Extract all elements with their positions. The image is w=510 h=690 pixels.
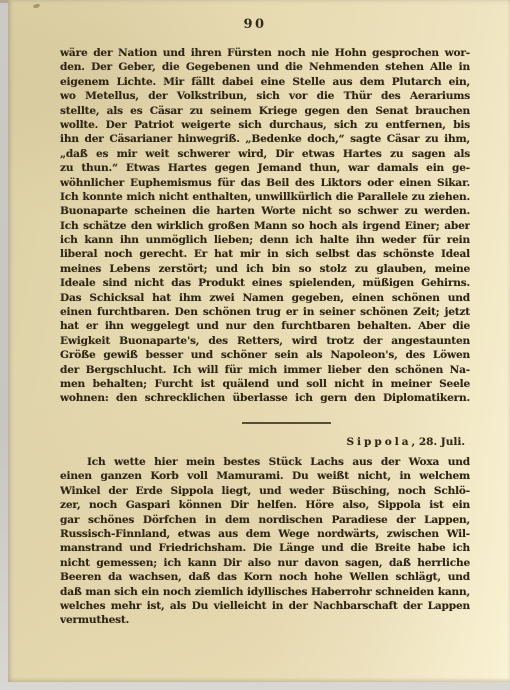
paragraph-2: Ich wette hier mein bestes Stück Lachs a… (60, 455, 470, 628)
dateline-place: Sippola (346, 436, 411, 448)
text-line: Größe gewiß besser und schöner sein als … (60, 348, 470, 362)
text-line: Ideale sind nicht das Produkt eines spie… (60, 276, 470, 290)
text-line: zer, noch Gaspari können Dir helfen. Hör… (60, 498, 470, 512)
text-line: „daß es mir weit schwerer wird, Dir etwa… (60, 147, 470, 161)
paragraph-1: wäre der Nation und ihren Fürsten noch n… (60, 46, 470, 406)
text-line: der Bergschlucht. Ich will für mich imme… (60, 363, 470, 377)
dateline-date: , 28. Juli. (412, 436, 465, 448)
page-number: 90 (0, 17, 510, 32)
text-line: Winkel der Erde Sippola liegt, und weder… (60, 484, 470, 498)
text-line: ich kann ihn unmöglich lieben; denn ich … (60, 233, 470, 247)
text-line: gar schönes Dörfchen in dem nordischen P… (60, 513, 470, 527)
text-line: vermuthest. (60, 613, 470, 627)
text-line: Ewigkeit Buonaparte's, des Retters, wird… (60, 334, 470, 348)
text-line: manstrand und Friedrichsham. Die Länge u… (60, 541, 470, 555)
text-line: men behalten; Furcht ist quälend und sol… (60, 377, 470, 391)
text-line: welches mehr ist, als Du vielleicht in d… (60, 599, 470, 613)
text-line: wollte. Der Patriot weigerte sich durcha… (60, 118, 470, 132)
text-line: wöhnlicher Euphemismus für das Beil des … (60, 176, 470, 190)
text-line: den. Der Geber, die Gegebenen und die Ne… (60, 60, 470, 74)
text-line: wohnen: den schrecklichen überlasse ich … (60, 391, 470, 405)
text-line: daß man sich ein noch ziemlich idyllisch… (60, 585, 470, 599)
text-line: nicht gemessen; ich kann Dir also nur da… (60, 556, 470, 570)
section-divider-rule (242, 422, 331, 424)
text-line: liberal noch gerecht. Er hat mir in sich… (60, 247, 470, 261)
text-line: einen ganzen Korb voll Mamurami. Du weiß… (60, 469, 470, 483)
text-line: Russisch-Finnland, etwas aus dem Wege no… (60, 527, 470, 541)
text-line: Ich schätze den wirklich großen Mann so … (60, 219, 470, 233)
text-line: einen furchtbaren. Den schönen trug er i… (60, 305, 470, 319)
text-line: ihn der Cäsarianer hinwegriß. „Bedenke d… (60, 132, 470, 146)
text-line: Das Schicksal hat ihm zwei Namen gegeben… (60, 291, 470, 305)
text-line: meines Lebens zerstört; und ich bin so s… (60, 262, 470, 276)
text-line: eigenem Lichte. Mir fällt dabei eine Ste… (60, 75, 470, 89)
text-line: wäre der Nation und ihren Fürsten noch n… (60, 46, 470, 60)
text-line: hat er ihn weggelegt und nur den furchtb… (60, 319, 470, 333)
text-line: Ich wette hier mein bestes Stück Lachs a… (60, 455, 470, 469)
scanned-book-page: 90 wäre der Nation und ihren Fürsten noc… (0, 0, 510, 690)
dateline: Sippola, 28. Juli. (346, 436, 465, 448)
text-line: Beeren da wachsen, daß das Korn noch hoh… (60, 570, 470, 584)
text-line: zu thun.“ Etwas Hartes gegen Jemand thun… (60, 161, 470, 175)
text-line: stellte, als es Cäsar zu seinem Kriege g… (60, 104, 470, 118)
text-line: Ich konnte mich nicht enthalten, unwillk… (60, 190, 470, 204)
text-line: wo Metellus, der Volkstribun, sich vor d… (60, 89, 470, 103)
text-line: Buonaparte scheinen die harten Worte nic… (60, 204, 470, 218)
